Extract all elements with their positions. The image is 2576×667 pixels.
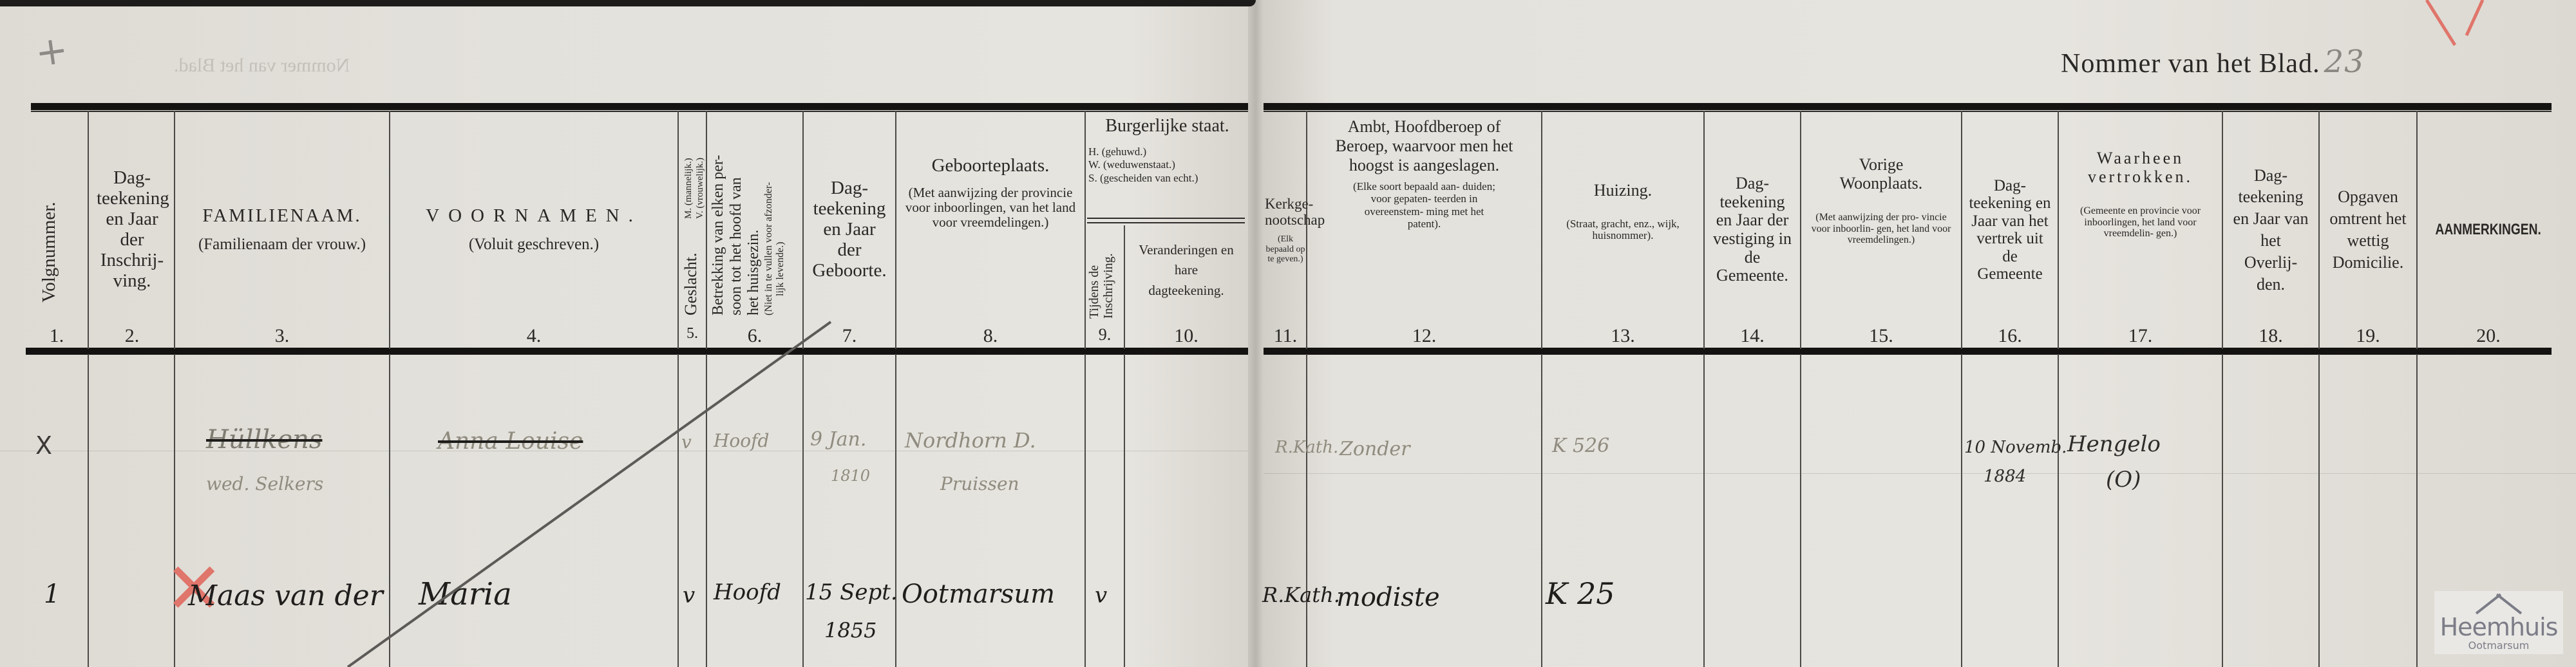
house-roof-icon [2473,591,2524,615]
strike-diagonal-line [0,0,2576,667]
heemhuis-logo: Heemhuis Ootmarsum [2434,591,2563,654]
logo-name: Heemhuis [2440,615,2558,639]
logo-place: Ootmarsum [2468,639,2530,652]
